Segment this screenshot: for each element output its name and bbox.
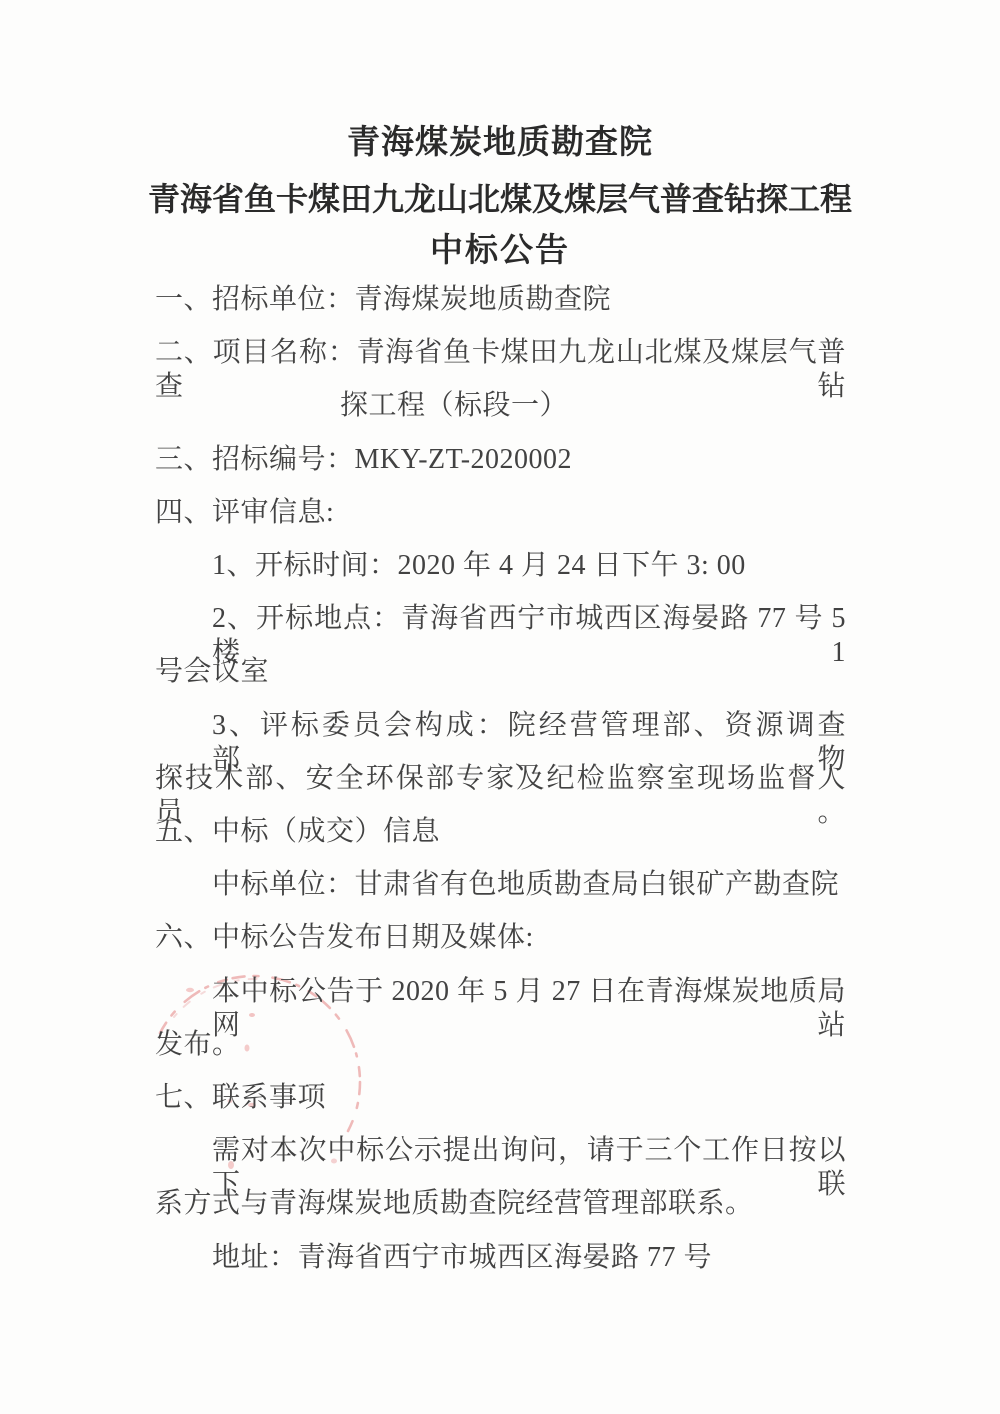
document-line: 三、招标编号：MKY-ZT-2020002 [155, 443, 572, 477]
document-line: 七、联系事项 [155, 1081, 326, 1115]
document-line: 系方式与青海煤炭地质勘查院经营管理部联系。 [155, 1187, 754, 1221]
document-line: 发布。 [155, 1028, 241, 1062]
document-line: 四、评审信息: [155, 496, 334, 530]
document-line: 号会议室 [155, 655, 269, 689]
document-line: 中标单位：甘肃省有色地质勘查局白银矿产勘查院 [212, 868, 839, 902]
document-page: 青海煤炭地质勘查院 青海省鱼卡煤田九龙山北煤及煤层气普查钻探工程 中标公告 一、… [0, 0, 1000, 1414]
document-line: 地址：青海省西宁市城西区海晏路 77 号 [212, 1241, 712, 1275]
document-line: 本中标公告于 2020 年 5 月 27 日在青海煤炭地质局网站 [212, 975, 846, 1043]
document-title-project: 青海省鱼卡煤田九龙山北煤及煤层气普查钻探工程 [0, 174, 1000, 220]
document-line: 1、开标时间：2020 年 4 月 24 日下午 3: 00 [212, 549, 746, 583]
document-line: 探工程（标段一） [340, 389, 568, 423]
document-line: 六、中标公告发布日期及媒体: [155, 921, 534, 955]
document-title-organization: 青海煤炭地质勘查院 [0, 116, 1000, 163]
document-line: 一、招标单位：青海煤炭地质勘查院 [155, 283, 611, 317]
document-line: 五、中标（成交）信息 [155, 815, 440, 849]
document-title-announcement: 中标公告 [0, 224, 1000, 271]
document-line: 2、开标地点：青海省西宁市城西区海晏路 77 号 5 楼 1 [212, 602, 846, 670]
